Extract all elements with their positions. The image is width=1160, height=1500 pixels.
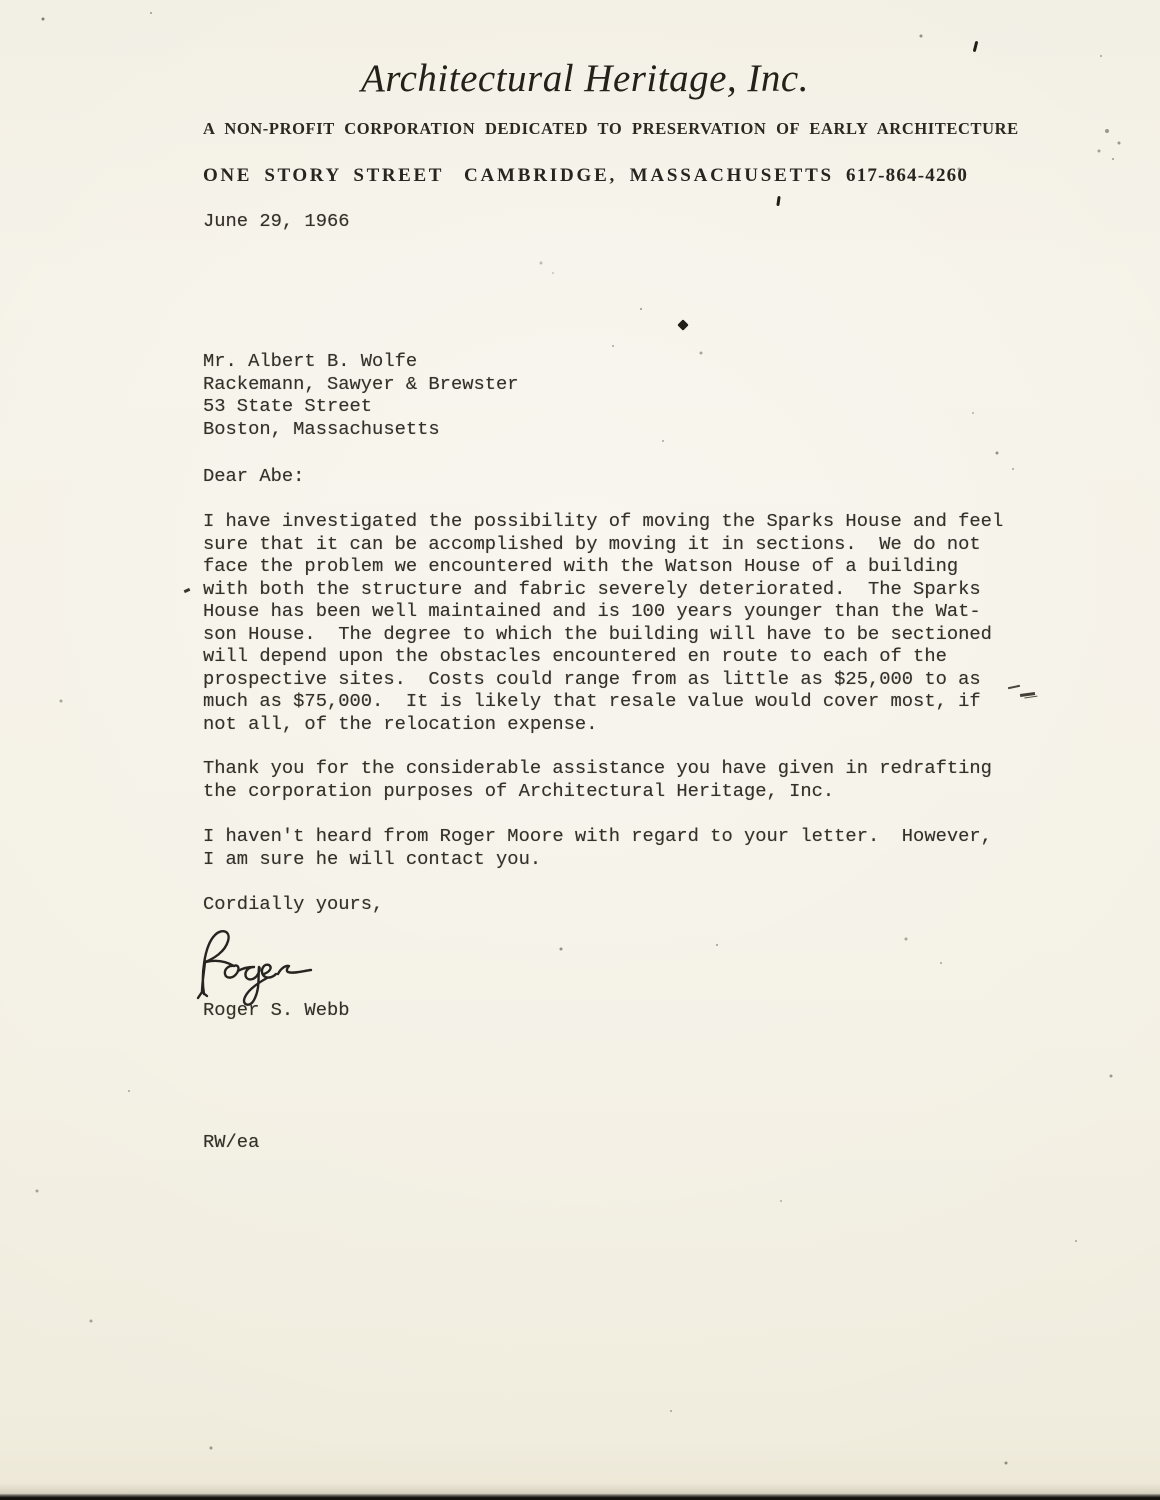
recipient-firm: Rackemann, Sawyer & Brewster bbox=[203, 373, 519, 395]
salutation: Dear Abe: bbox=[203, 465, 304, 488]
letter-date: June 29, 1966 bbox=[203, 210, 350, 233]
letterhead-city: CAMBRIDGE, MASSACHUSETTS bbox=[464, 165, 834, 187]
closing-phrase: Cordially yours, bbox=[203, 893, 383, 916]
letterhead-phone: 617-864-4260 bbox=[846, 165, 968, 187]
letterhead-contact-row: ONE STORY STREET CAMBRIDGE, MASSACHUSETT… bbox=[0, 165, 1160, 189]
letter-page: Architectural Heritage, Inc. A NON-PROFI… bbox=[0, 0, 1160, 1500]
letterhead-tagline: A NON-PROFIT CORPORATION DEDICATED TO PR… bbox=[203, 119, 993, 139]
letterhead-street: ONE STORY STREET bbox=[203, 165, 444, 187]
body-paragraph-1: I have investigated the possibility of m… bbox=[203, 510, 1003, 735]
recipient-city: Boston, Massachusetts bbox=[203, 418, 440, 440]
stray-mark bbox=[184, 588, 191, 593]
recipient-street: 53 State Street bbox=[203, 395, 372, 417]
body-paragraph-3: I haven't heard from Roger Moore with re… bbox=[203, 825, 992, 870]
scan-shadow bbox=[0, 1483, 1160, 1493]
recipient-address-block: Mr. Albert B. Wolfe Rackemann, Sawyer & … bbox=[203, 350, 519, 440]
stray-mark bbox=[973, 41, 979, 52]
scanner-bed-edge bbox=[0, 1493, 1160, 1500]
stray-mark bbox=[776, 196, 780, 206]
pencil-mark bbox=[1020, 692, 1035, 697]
typist-initials: RW/ea bbox=[203, 1131, 259, 1154]
sender-typed-name: Roger S. Webb bbox=[203, 999, 350, 1022]
pencil-mark bbox=[1008, 685, 1020, 689]
recipient-name: Mr. Albert B. Wolfe bbox=[203, 350, 417, 372]
company-name: Architectural Heritage, Inc. bbox=[0, 56, 1160, 101]
body-paragraph-2: Thank you for the considerable assistanc… bbox=[203, 757, 992, 802]
ink-blot-diamond bbox=[677, 319, 688, 330]
paper-speckles bbox=[0, 0, 2, 2]
